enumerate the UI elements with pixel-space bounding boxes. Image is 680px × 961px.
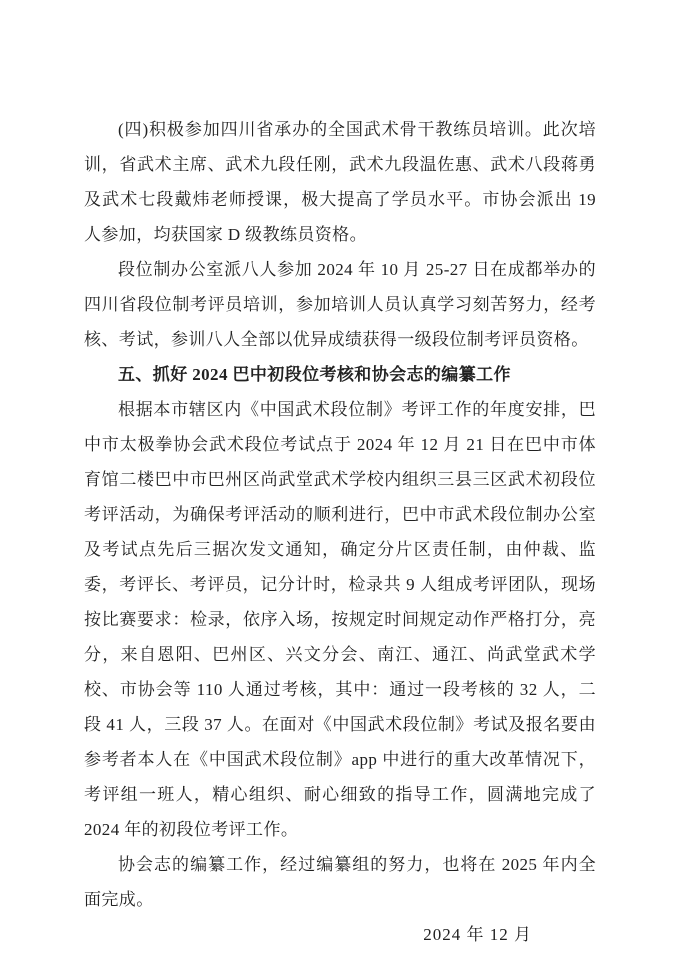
paragraph-association-annals: 协会志的编纂工作，经过编纂组的努力，也将在 2025 年内全面完成。	[84, 847, 596, 917]
paragraph-examiner-training: 段位制办公室派八人参加 2024 年 10 月 25-27 日在成都举办的四川省…	[84, 252, 596, 357]
paragraph-duan-examination: 根据本市辖区内《中国武术段位制》考评工作的年度安排，巴中市太极拳协会武术段位考试…	[84, 392, 596, 847]
document-page: (四)积极参加四川省承办的全国武术骨干教练员培训。此次培训，省武术主席、武术九段…	[0, 0, 680, 961]
paragraph-coach-training: (四)积极参加四川省承办的全国武术骨干教练员培训。此次培训，省武术主席、武术九段…	[84, 112, 596, 252]
section-heading: 五、抓好 2024 巴中初段位考核和协会志的编纂工作	[84, 357, 596, 392]
document-date: 2024 年 12 月	[84, 917, 596, 952]
